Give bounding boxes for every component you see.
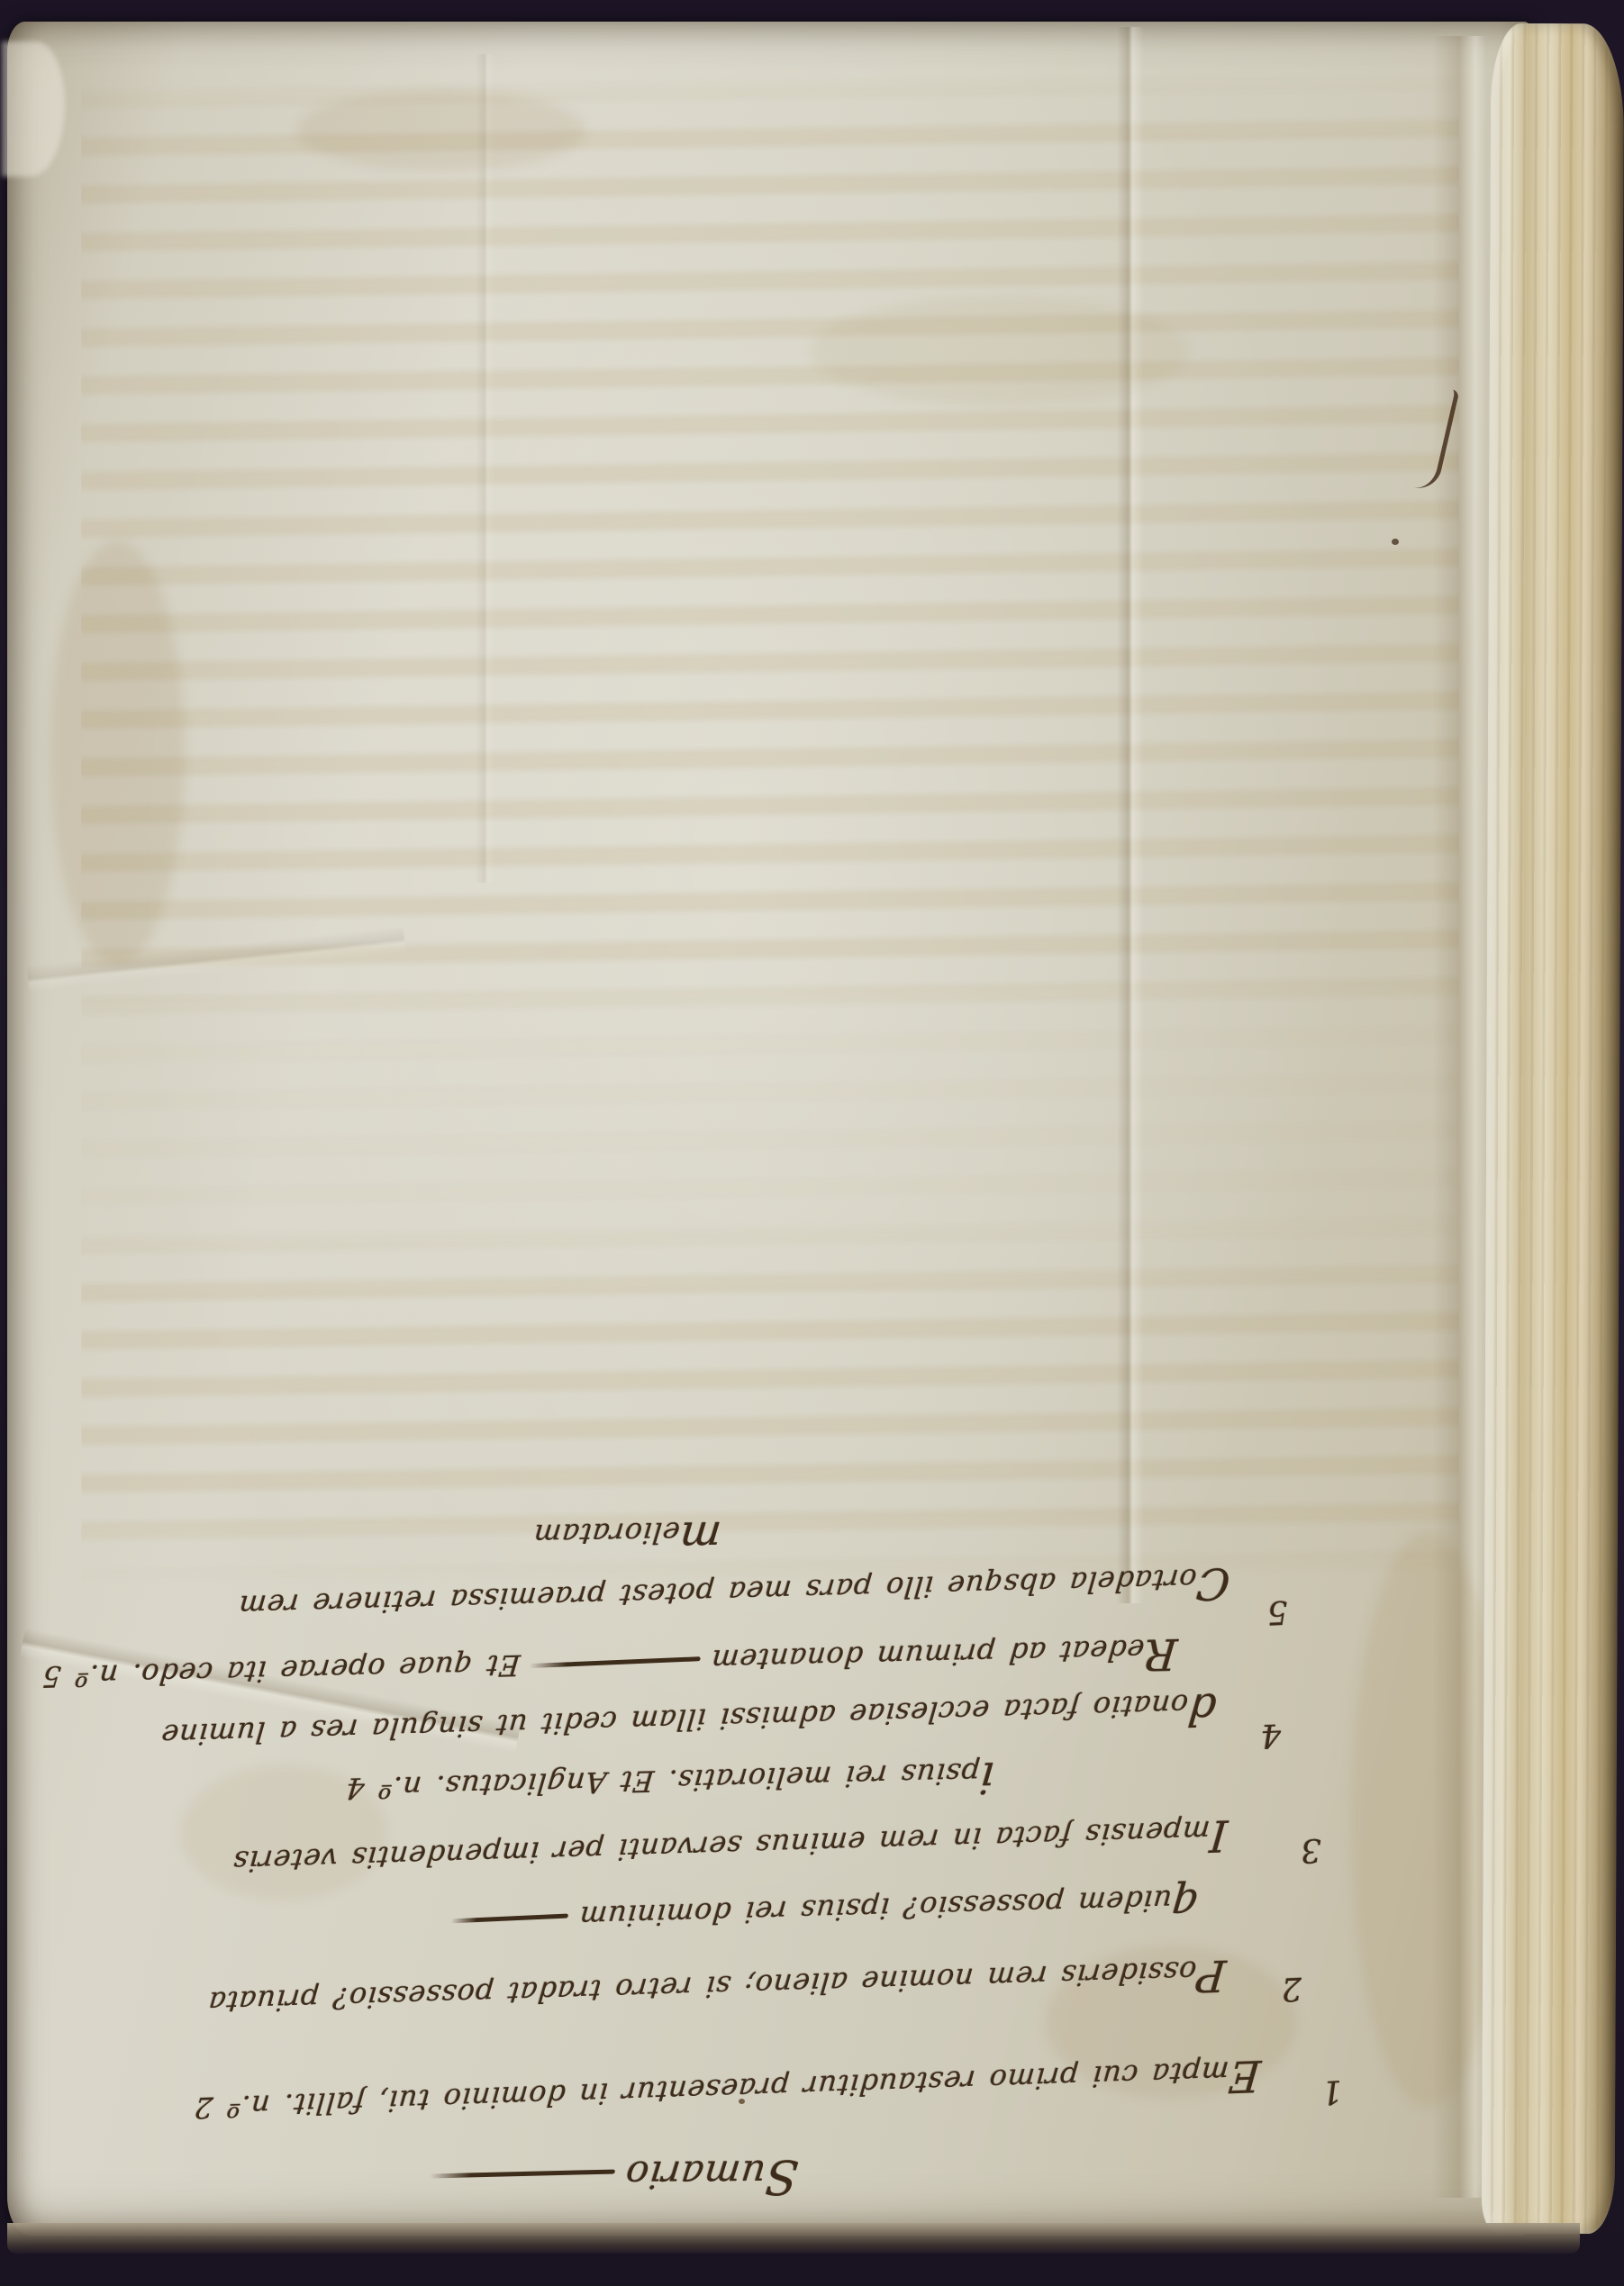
summary-item-3-line-2: ipsius rei melioratis. Et Anglicatus. n.…: [343, 1752, 996, 1814]
summary-item-3-line-1: Impensis facta in rem eminus servanti pe…: [231, 1810, 1229, 1887]
summary-heading-text: Sumario: [622, 2152, 801, 2197]
item-number-5: 5: [1266, 1593, 1289, 1631]
item-number-2: 2: [1281, 1970, 1303, 2008]
summary-item-2-line-1: Possideris rem nomine alieno; si retro t…: [205, 1950, 1228, 2028]
summary-heading: Sumario: [418, 2153, 801, 2200]
summary-item-1-line-1: Empta cui primo restauditur praesentur i…: [192, 2050, 1263, 2134]
manuscript-scan: Sumario 1 Empta cui primo restauditur pr…: [0, 0, 1624, 2286]
summary-item-2-line-2: quidem possessio? ipsius rei dominium: [440, 1879, 1202, 1946]
flourish-dash: [430, 2170, 615, 2179]
item-number-1: 1: [1320, 2073, 1343, 2110]
item-number-3: 3: [1300, 1831, 1322, 1869]
handwritten-summary-block: Sumario 1 Empta cui primo restauditur pr…: [148, 1500, 1359, 2208]
summary-item-5-line-2: melioratam: [531, 1511, 723, 1560]
flourish-dash: [529, 1656, 701, 1668]
flourish-dash: [451, 1913, 569, 1923]
item-number-4: 4: [1260, 1717, 1283, 1755]
summary-item-5-line-1: Cortadela absque illo pars mea potest pr…: [236, 1557, 1232, 1631]
